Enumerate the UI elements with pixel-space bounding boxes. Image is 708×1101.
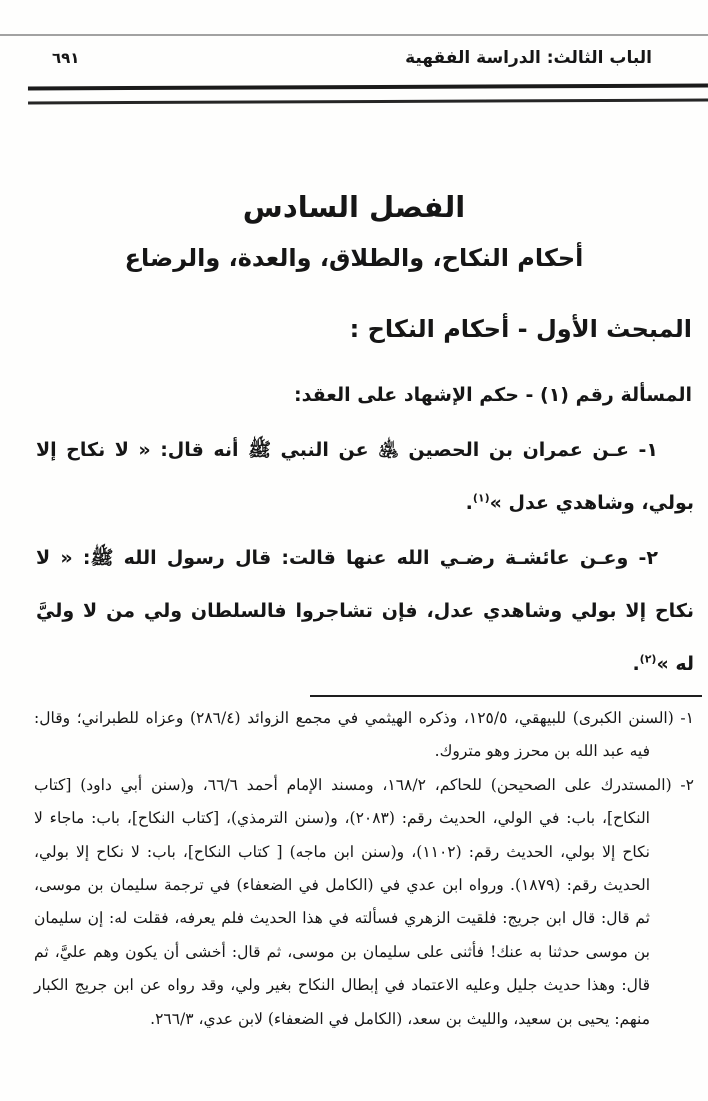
hadith-paragraph-1: ١- عـن عمران بن الحصين ﵁ عن النبي ﷺ أنه …: [36, 424, 694, 530]
section-heading: المبحث الأول - أحكام النكاح :: [36, 315, 692, 343]
sentence-period: .: [632, 653, 639, 675]
narration-intro: عـن عمران بن الحصين ﵁ عن النبي ﷺ أنه قال…: [160, 439, 629, 461]
book-page: الباب الثالث: الدراسة الفقهية ٦٩١ الفصل …: [0, 0, 708, 1101]
header-double-rule: [28, 84, 708, 105]
hadith-paragraph-2: ٢- وعـن عائشـة رضـي الله عنها قالت: قال …: [36, 532, 694, 691]
item-number: ١-: [638, 439, 658, 461]
narration-intro: وعـن عائشـة رضـي الله عنها قالت: قال رسو…: [83, 547, 628, 569]
top-rule: [0, 34, 708, 36]
footnote-ref-1: (١): [473, 492, 490, 505]
sentence-period: .: [466, 492, 473, 514]
page-number: ٦٩١: [52, 49, 79, 67]
footnote-text: (السنن الكبرى) للبيهقي، ١٢٥/٥، وذكره اله…: [34, 709, 674, 760]
footnote-1: ١- (السنن الكبرى) للبيهقي، ١٢٥/٥، وذكره …: [34, 702, 694, 769]
chapter-subtitle: أحكام النكاح، والطلاق، والعدة، والرضاع: [0, 244, 708, 272]
footnote-2: ٢- (المستدرك على الصحيحن) للحاكم، ١٦٨/٢،…: [34, 769, 694, 1036]
footnote-separator: [310, 695, 702, 697]
running-head: الباب الثالث: الدراسة الفقهية: [405, 48, 652, 68]
footnote-ref-2: (٢): [640, 653, 657, 666]
footnotes-block: ١- (السنن الكبرى) للبيهقي، ١٢٥/٥، وذكره …: [34, 702, 694, 1036]
footnote-text: (المستدرك على الصحيحن) للحاكم، ١٦٨/٢، وم…: [34, 776, 672, 1028]
page-header: الباب الثالث: الدراسة الفقهية ٦٩١: [0, 48, 708, 84]
footnote-number: ٢-: [680, 776, 694, 794]
chapter-title: الفصل السادس: [0, 190, 708, 224]
item-number: ٢-: [639, 547, 659, 569]
footnote-number: ١-: [680, 709, 694, 727]
issue-heading: المسألة رقم (١) - حكم الإشهاد على العقد:: [36, 384, 692, 406]
